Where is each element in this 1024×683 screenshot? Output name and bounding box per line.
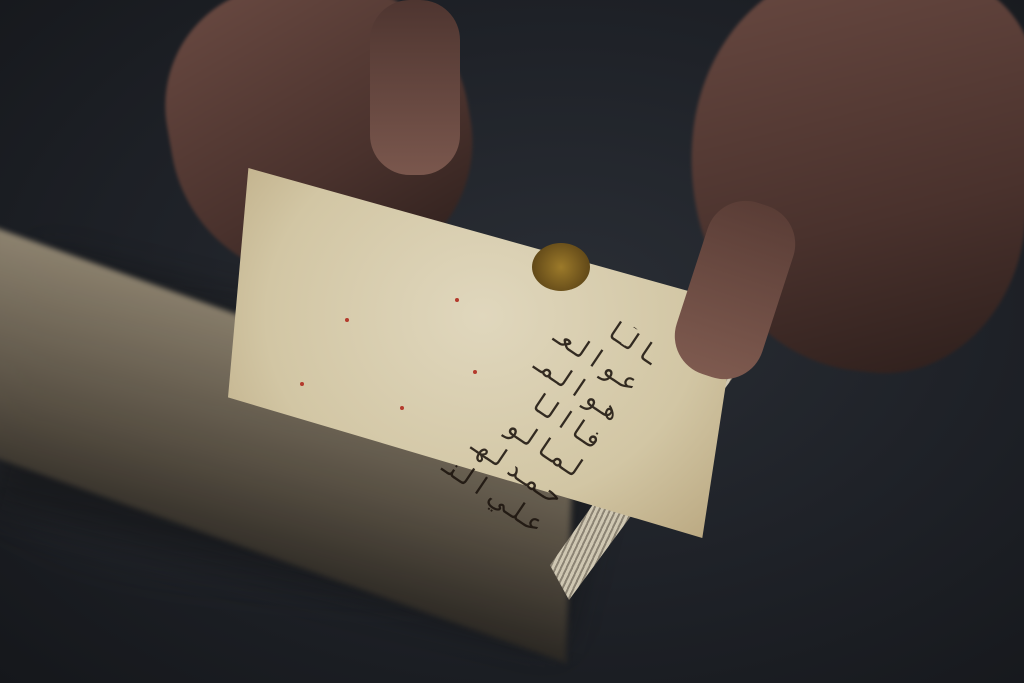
red-vowel-dot [455, 298, 459, 302]
red-vowel-dot [400, 406, 404, 410]
left-thumb [370, 0, 460, 175]
red-vowel-dot [473, 370, 477, 374]
red-vowel-dot [300, 382, 304, 386]
photo-scene: ـا لـۤـا عـو ا لـعـ هـو ا لـمـ فـا ا لـا… [0, 0, 1024, 683]
red-vowel-dot [345, 318, 349, 322]
